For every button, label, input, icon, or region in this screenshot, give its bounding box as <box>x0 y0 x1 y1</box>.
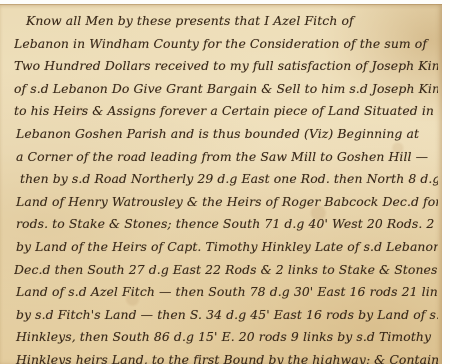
deed-handwritten-text: Know all Men by these presents that I Az… <box>14 10 438 364</box>
deed-line-15: Hinkleys, then South 86 d.g 15' E. 20 ro… <box>14 326 438 349</box>
deed-line-8: then by s.d Road Northerly 29 d.g East o… <box>14 168 438 191</box>
deed-line-2: Lebanon in Windham County for the Consid… <box>14 33 438 56</box>
deed-line-14: by s.d Fitch's Land — then S. 34 d.g 45'… <box>14 304 438 327</box>
deed-line-13: Land of s.d Azel Fitch — then South 78 d… <box>14 281 438 304</box>
deed-line-10: rods. to Stake & Stones; thence South 71… <box>14 213 438 236</box>
deed-line-12: Dec.d then South 27 d.g East 22 Rods & 2… <box>14 259 438 282</box>
deed-line-11: by Land of the Heirs of Capt. Timothy Hi… <box>14 236 438 259</box>
deed-line-9: Land of Henry Watrousley & the Heirs of … <box>14 191 438 214</box>
deed-line-16: Hinkleys heirs Land, to the first Bound … <box>14 349 438 364</box>
paper-top-edge <box>0 4 442 5</box>
document-canvas: Know all Men by these presents that I Az… <box>0 0 450 364</box>
deed-line-5: to his Heirs & Assigns forever a Certain… <box>14 100 438 123</box>
deed-line-7: a Corner of the road leading from the Sa… <box>14 146 438 169</box>
deed-line-6: Lebanon Goshen Parish and is thus bounde… <box>14 123 438 146</box>
deed-line-1: Know all Men by these presents that I Az… <box>14 10 438 33</box>
deed-line-4: of s.d Lebanon Do Give Grant Bargain & S… <box>14 78 438 101</box>
deed-line-3: Two Hundred Dollars received to my full … <box>14 55 438 78</box>
